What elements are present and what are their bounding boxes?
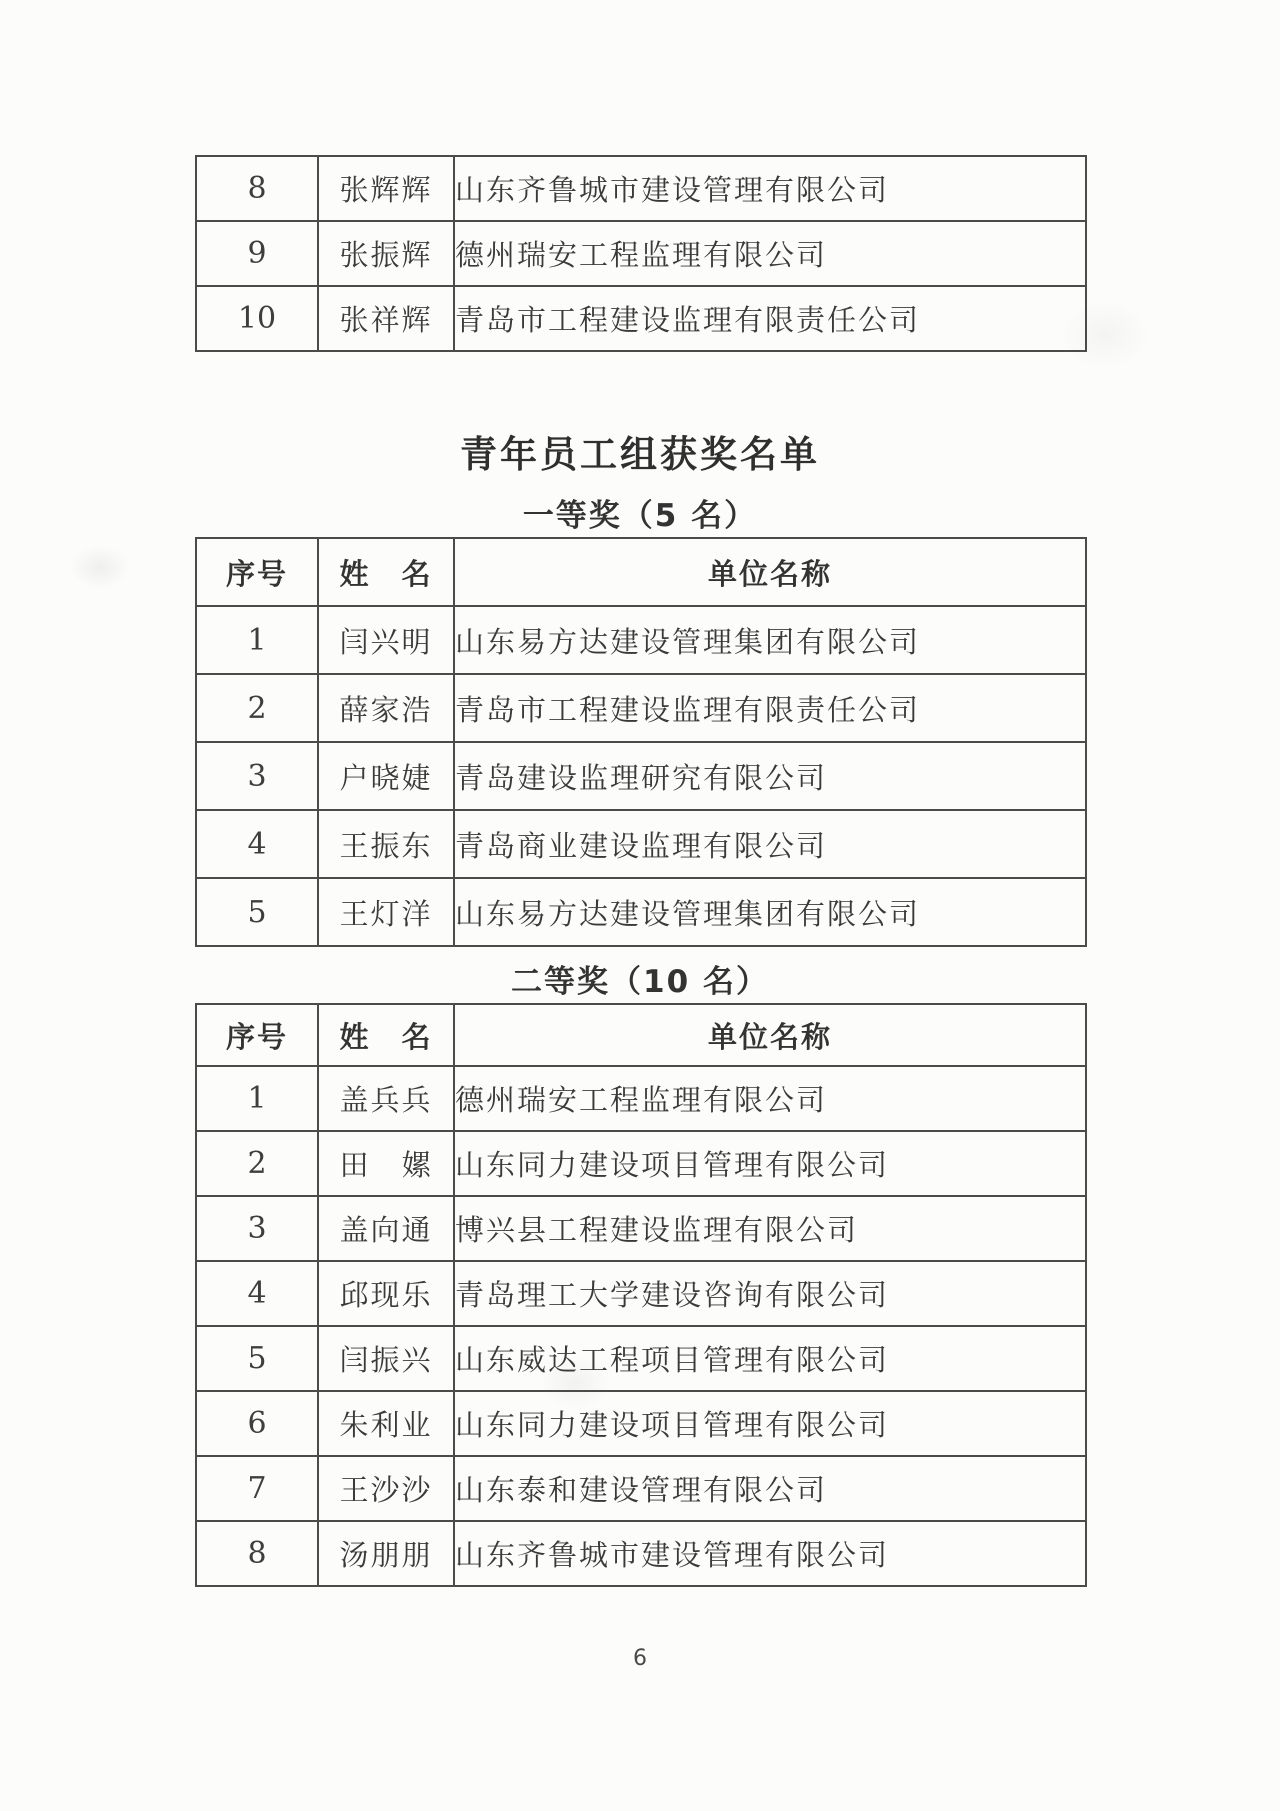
cell-company: 青岛建设监理研究有限公司	[454, 742, 1086, 810]
cell-name: 王灯洋	[318, 878, 454, 946]
cell-company: 山东齐鲁城市建设管理有限公司	[454, 156, 1086, 221]
cell-company: 青岛市工程建设监理有限责任公司	[454, 674, 1086, 742]
cell-no: 3	[196, 1196, 318, 1261]
cell-company: 德州瑞安工程监理有限公司	[454, 1066, 1086, 1131]
cell-no: 2	[196, 674, 318, 742]
cell-name: 闫振兴	[318, 1326, 454, 1391]
cell-no: 5	[196, 878, 318, 946]
cell-company: 山东同力建设项目管理有限公司	[454, 1131, 1086, 1196]
cell-no: 6	[196, 1391, 318, 1456]
table-row: 3 盖向通 博兴县工程建设监理有限公司	[196, 1196, 1086, 1261]
cell-company: 山东易方达建设管理集团有限公司	[454, 606, 1086, 674]
cell-name: 田 嫘	[318, 1131, 454, 1196]
header-company: 单位名称	[454, 1004, 1086, 1066]
header-name: 姓 名	[318, 1004, 454, 1066]
first-prize-heading: 一等奖（5 名）	[0, 490, 1280, 535]
cell-company: 青岛商业建设监理有限公司	[454, 810, 1086, 878]
table-row: 4 王振东 青岛商业建设监理有限公司	[196, 810, 1086, 878]
cell-no: 3	[196, 742, 318, 810]
cell-no: 5	[196, 1326, 318, 1391]
cell-no: 1	[196, 606, 318, 674]
table-row: 8 汤朋朋 山东齐鲁城市建设管理有限公司	[196, 1521, 1086, 1586]
cell-no: 10	[196, 286, 318, 351]
cell-name: 张辉辉	[318, 156, 454, 221]
cell-no: 9	[196, 221, 318, 286]
section-title: 青年员工组获奖名单	[0, 424, 1280, 478]
cell-company: 青岛市工程建设监理有限责任公司	[454, 286, 1086, 351]
header-no: 序号	[196, 538, 318, 606]
cell-company: 博兴县工程建设监理有限公司	[454, 1196, 1086, 1261]
cell-company: 山东易方达建设管理集团有限公司	[454, 878, 1086, 946]
cell-name: 盖向通	[318, 1196, 454, 1261]
cell-company: 山东同力建设项目管理有限公司	[454, 1391, 1086, 1456]
cell-no: 4	[196, 1261, 318, 1326]
table-row: 2 田 嫘 山东同力建设项目管理有限公司	[196, 1131, 1086, 1196]
cell-company: 山东泰和建设管理有限公司	[454, 1456, 1086, 1521]
table-row: 9 张振辉 德州瑞安工程监理有限公司	[196, 221, 1086, 286]
page-number: 6	[0, 1646, 1280, 1671]
cell-company: 山东齐鲁城市建设管理有限公司	[454, 1521, 1086, 1586]
cell-name: 邱现乐	[318, 1261, 454, 1326]
header-no: 序号	[196, 1004, 318, 1066]
scan-smudge	[70, 545, 130, 590]
cell-name: 王沙沙	[318, 1456, 454, 1521]
table-row: 1 闫兴明 山东易方达建设管理集团有限公司	[196, 606, 1086, 674]
table-header-row: 序号 姓 名 单位名称	[196, 538, 1086, 606]
table-row: 10 张祥辉 青岛市工程建设监理有限责任公司	[196, 286, 1086, 351]
cell-name: 张祥辉	[318, 286, 454, 351]
cell-no: 8	[196, 156, 318, 221]
cell-no: 8	[196, 1521, 318, 1586]
cell-company: 青岛理工大学建设咨询有限公司	[454, 1261, 1086, 1326]
table-row: 4 邱现乐 青岛理工大学建设咨询有限公司	[196, 1261, 1086, 1326]
table-row: 5 王灯洋 山东易方达建设管理集团有限公司	[196, 878, 1086, 946]
table-row: 7 王沙沙 山东泰和建设管理有限公司	[196, 1456, 1086, 1521]
second-prize-heading: 二等奖（10 名）	[0, 956, 1280, 1001]
cell-name: 薛家浩	[318, 674, 454, 742]
table-row: 1 盖兵兵 德州瑞安工程监理有限公司	[196, 1066, 1086, 1131]
cell-company: 山东威达工程项目管理有限公司	[454, 1326, 1086, 1391]
header-name: 姓 名	[318, 538, 454, 606]
table-row: 2 薛家浩 青岛市工程建设监理有限责任公司	[196, 674, 1086, 742]
cell-name: 张振辉	[318, 221, 454, 286]
cell-name: 汤朋朋	[318, 1521, 454, 1586]
cell-no: 7	[196, 1456, 318, 1521]
cell-no: 4	[196, 810, 318, 878]
continuation-table: 8 张辉辉 山东齐鲁城市建设管理有限公司 9 张振辉 德州瑞安工程监理有限公司 …	[195, 155, 1087, 352]
cell-no: 1	[196, 1066, 318, 1131]
cell-no: 2	[196, 1131, 318, 1196]
table-row: 5 闫振兴 山东威达工程项目管理有限公司	[196, 1326, 1086, 1391]
cell-name: 闫兴明	[318, 606, 454, 674]
header-company: 单位名称	[454, 538, 1086, 606]
cell-name: 户晓婕	[318, 742, 454, 810]
cell-name: 朱利业	[318, 1391, 454, 1456]
table-header-row: 序号 姓 名 单位名称	[196, 1004, 1086, 1066]
second-prize-table: 序号 姓 名 单位名称 1 盖兵兵 德州瑞安工程监理有限公司 2 田 嫘 山东同…	[195, 1003, 1087, 1587]
table-row: 3 户晓婕 青岛建设监理研究有限公司	[196, 742, 1086, 810]
document-page: 8 张辉辉 山东齐鲁城市建设管理有限公司 9 张振辉 德州瑞安工程监理有限公司 …	[0, 0, 1280, 1811]
cell-name: 王振东	[318, 810, 454, 878]
table-row: 6 朱利业 山东同力建设项目管理有限公司	[196, 1391, 1086, 1456]
cell-company: 德州瑞安工程监理有限公司	[454, 221, 1086, 286]
table-row: 8 张辉辉 山东齐鲁城市建设管理有限公司	[196, 156, 1086, 221]
cell-name: 盖兵兵	[318, 1066, 454, 1131]
first-prize-table: 序号 姓 名 单位名称 1 闫兴明 山东易方达建设管理集团有限公司 2 薛家浩 …	[195, 537, 1087, 947]
